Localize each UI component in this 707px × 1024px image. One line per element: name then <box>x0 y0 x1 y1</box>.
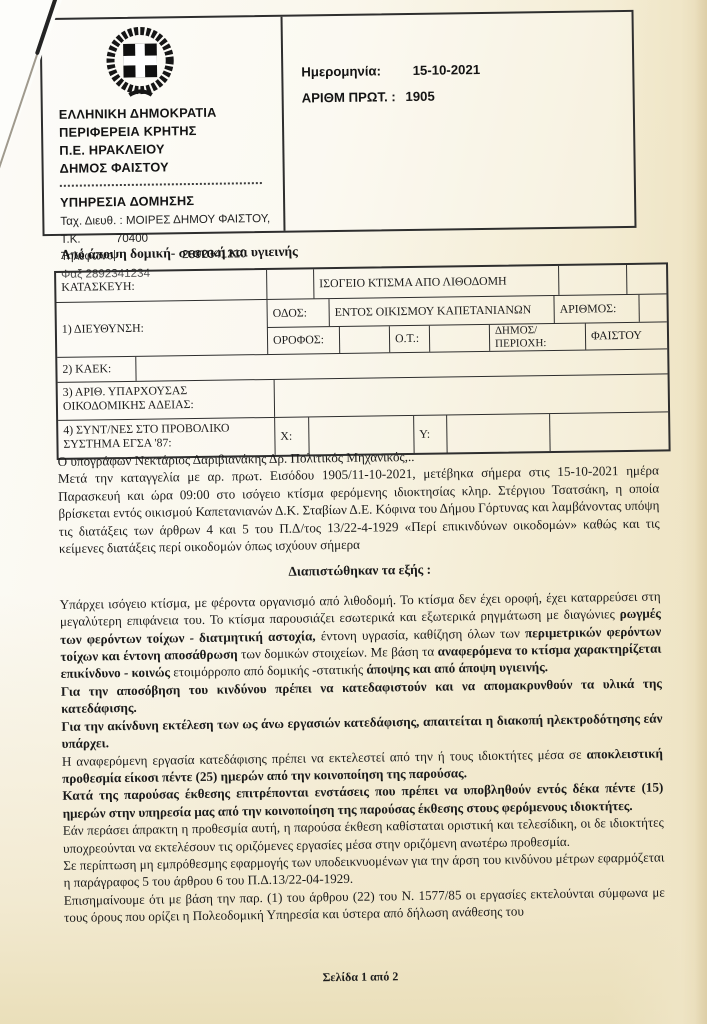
address-label: Ταχ. Διευθ. : <box>60 214 123 228</box>
service-name: ΥΠΗΡΕΣΙΑ ΔΟΜΗΣΗΣ <box>60 191 275 212</box>
greek-republic-emblem-icon <box>100 22 181 105</box>
cell-adeia-label: 3) ΑΡΙΘ. ΥΠΑΡΧΟΥΣΑΣ ΟΙΚΟΔΟΜΙΚΗΣ ΑΔΕΙΑΣ: <box>58 380 274 420</box>
cell-arithmos-label: ΑΡΙΘΜΟΣ: <box>553 295 638 323</box>
document-content: ΕΛΛΗΝΙΚΗ ΔΗΜΟΚΡΑΤΙΑ ΠΕΡΙΦΕΡΕΙΑ ΚΡΗΤΗΣ Π.… <box>0 0 707 1024</box>
body-paragraph: Υπάρχει ισόγειο κτίσμα, με φέροντα οργαν… <box>60 587 662 682</box>
dotted-divider <box>60 181 262 187</box>
subrow-orofos: ΟΡΟΦΟΣ: Ο.Τ.: ΔΗΜΟΣ/ΠΕΡΙΟΧΗ: ΦΑΙΣΤΟΥ <box>267 321 667 354</box>
page-footer: Σελίδα 1 από 2 <box>7 965 707 990</box>
info-table: ΚΑΤΑΣΚΕΥΗ: ΙΣΟΓΕΙΟ ΚΤΙΣΜΑ ΑΠΟ ΛΙΘΟΔΟΜΗ 1… <box>54 262 671 460</box>
cell-ot-value <box>429 325 489 352</box>
header-date-block: Ημερομηνία: 15-10-2021 ΑΡΙΘΜ ΠΡΩΤ. : 190… <box>283 12 635 231</box>
scanned-page: ΕΛΛΗΝΙΚΗ ΔΗΜΟΚΡΑΤΙΑ ΠΕΡΙΦΕΡΕΙΑ ΚΡΗΤΗΣ Π.… <box>0 0 707 1024</box>
table-row-diefthinsi: 1) ΔΙΕΥΘΥΝΣΗ: ΟΔΟΣ: ΕΝΤΟΣ ΟΙΚΙΣΜΟΥ ΚΑΠΕΤ… <box>56 293 667 357</box>
subrow-odos: ΟΔΟΣ: ΕΝΤΟΣ ΟΙΚΙΣΜΟΥ ΚΑΠΕΤΑΝΙΑΝΩΝ ΑΡΙΘΜΟ… <box>266 294 666 327</box>
org-line: ΔΗΜΟΣ ΦΑΙΣΤΟΥ <box>60 157 275 178</box>
cell-orofos-label: ΟΡΟΦΟΣ: <box>267 327 339 354</box>
cell-odos-value: ΕΝΤΟΣ ΟΙΚΙΣΜΟΥ ΚΑΠΕΤΑΝΙΑΝΩΝ <box>328 296 553 326</box>
cell-arithmos-value <box>638 294 666 321</box>
body-paragraph: Μετά την καταγγελία με αρ. πρωτ. Εισόδου… <box>58 462 660 557</box>
subject-line: Από άποψη δομική- στατική και υγιεινής <box>61 244 298 263</box>
findings-heading: Διαπιστώθηκαν τα εξής : <box>59 558 660 584</box>
protocol-label: ΑΡΙΘΜ ΠΡΩΤ. : <box>302 89 396 105</box>
protocol-line: ΑΡΙΘΜ ΠΡΩΤ. : 1905 <box>302 86 633 106</box>
header-sender-block: ΕΛΛΗΝΙΚΗ ΔΗΜΟΚΡΑΤΙΑ ΠΕΡΙΦΕΡΕΙΑ ΚΡΗΤΗΣ Π.… <box>42 17 286 234</box>
cell-empty <box>626 264 666 294</box>
cell-kaek-label: 2) ΚΑΕΚ: <box>57 357 135 382</box>
findings-paragraphs: Υπάρχει ισόγειο κτίσμα, με φέροντα οργαν… <box>60 587 666 926</box>
address-label: Τ.Κ. <box>61 231 113 247</box>
cell-kataskevi-label: ΚΑΤΑΣΚΕΥΗ: <box>56 270 266 302</box>
date-value: 15-10-2021 <box>413 62 481 78</box>
intro-paragraphs: Ο υπογράφων Νεκτάριος Δαριβιανάκης Δρ. Π… <box>58 445 660 558</box>
cell-dimos-label: ΔΗΜΟΣ/ΠΕΡΙΟΧΗ: <box>489 324 585 351</box>
address-line: Ταχ. Διευθ. : ΜΟΙΡΕΣ ΔΗΜΟΥ ΦΑΙΣΤΟΥ, <box>60 211 275 230</box>
date-label: Ημερομηνία: <box>301 63 381 79</box>
header-box: ΕΛΛΗΝΙΚΗ ΔΗΜΟΚΡΑΤΙΑ ΠΕΡΙΦΕΡΕΙΑ ΚΡΗΤΗΣ Π.… <box>40 10 637 236</box>
cell-ot-label: Ο.Τ.: <box>389 326 429 353</box>
cell-odos-label: ΟΔΟΣ: <box>266 299 328 327</box>
body-paragraph: Επισημαίνουμε ότι με βάση την παρ. (1) τ… <box>64 883 665 926</box>
cell-empty <box>266 269 313 299</box>
body-text: Ο υπογράφων Νεκτάριος Δαριβιανάκης Δρ. Π… <box>58 445 666 927</box>
date-line: Ημερομηνία: 15-10-2021 <box>301 60 632 80</box>
address-value: ΜΟΙΡΕΣ ΔΗΜΟΥ ΦΑΙΣΤΟΥ, <box>126 212 270 227</box>
cell-kataskevi-value: ΙΣΟΓΕΙΟ ΚΤΙΣΜΑ ΑΠΟ ΛΙΘΟΔΟΜΗ <box>313 266 558 298</box>
cell-empty <box>558 265 626 295</box>
cell-orofos-value <box>339 326 389 353</box>
scan-right-edge-shadow <box>695 0 707 1024</box>
cell-adeia-value <box>274 374 668 416</box>
protocol-value: 1905 <box>405 89 435 104</box>
cell-diefthinsi-label: 1) ΔΙΕΥΘΥΝΣΗ: <box>57 300 268 357</box>
address-value: 70400 <box>116 231 148 244</box>
cell-dimos-value: ΦΑΙΣΤΟΥ <box>585 322 667 349</box>
diefthinsi-subrows: ΟΔΟΣ: ΕΝΤΟΣ ΟΙΚΙΣΜΟΥ ΚΑΠΕΤΑΝΙΑΝΩΝ ΑΡΙΘΜΟ… <box>266 294 667 354</box>
